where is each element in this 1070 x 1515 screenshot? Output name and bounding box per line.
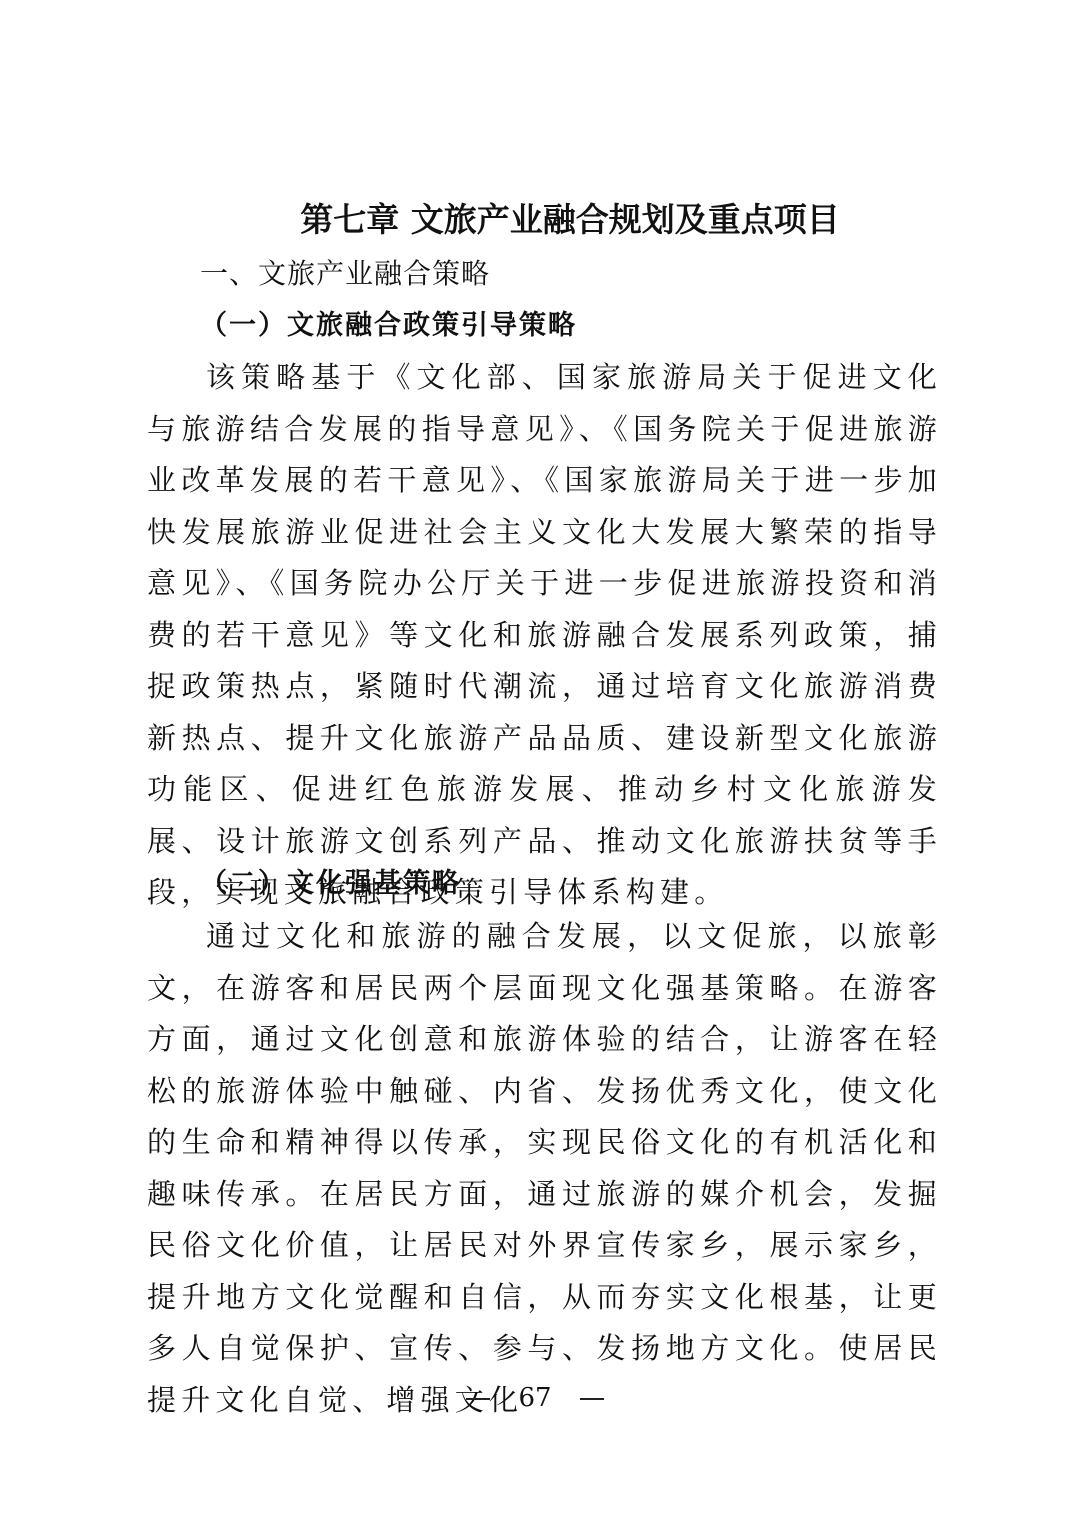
page-number: 67 bbox=[518, 1383, 551, 1413]
chapter-title: 第七章 文旅产业融合规划及重点项目 bbox=[0, 196, 1070, 244]
paragraph-culture-foundation: 通过文化和旅游的融合发展，以文促旅，以旅彰文，在游客和居民两个层面现文化强基策略… bbox=[147, 911, 942, 1426]
document-page: 第七章 文旅产业融合规划及重点项目 一、文旅产业融合策略 （一）文旅融合政策引导… bbox=[0, 0, 1070, 1515]
subsection-heading-culture-foundation: （二）文化强基策略 bbox=[200, 862, 461, 906]
footer-dash-left bbox=[466, 1398, 490, 1400]
paragraph-policy-guidance: 该策略基于《文化部、国家旅游局关于促进文化与旅游结合发展的指导意见》、《国务院关… bbox=[147, 352, 942, 919]
section-heading: 一、文旅产业融合策略 bbox=[200, 252, 490, 296]
footer-dash-right bbox=[580, 1398, 604, 1400]
page-footer: 67 bbox=[0, 1378, 1070, 1418]
subsection-heading-policy-guidance: （一）文旅融合政策引导策略 bbox=[200, 304, 577, 348]
